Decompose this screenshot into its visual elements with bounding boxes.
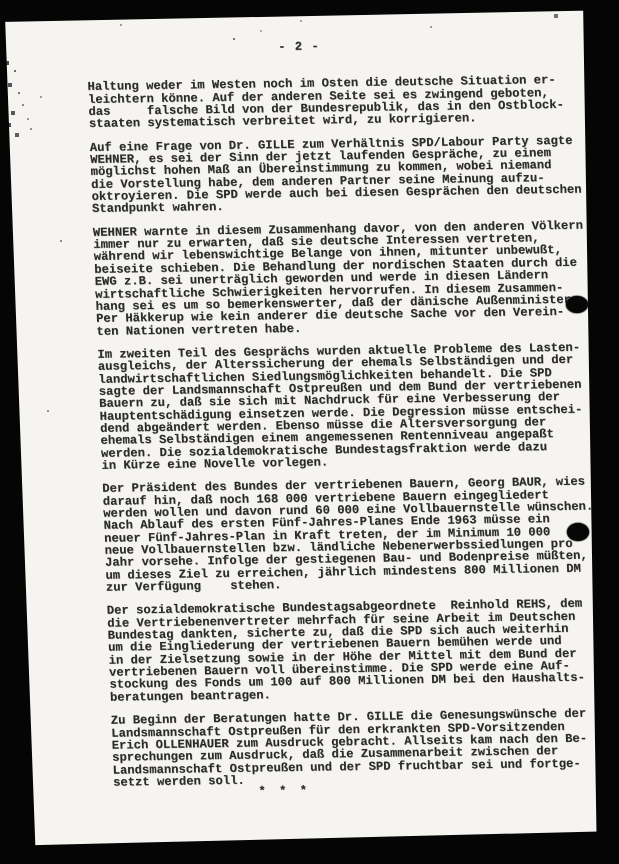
paragraph: Auf eine Frage von Dr. GILLE zum Verhält…	[90, 134, 598, 216]
scanned-document-page: - 2 - Haltung weder im Westen noch im Os…	[0, 0, 619, 864]
paragraph: Im zweiten Teil des Gesprächs wurden akt…	[97, 341, 606, 472]
paragraph: Der Präsident des Bundes der vertriebene…	[102, 476, 611, 595]
paragraph: WEHNER warnte in diesem Zusammenhang dav…	[93, 219, 602, 338]
paragraph: Der sozialdemokratische Bundestagsabgeor…	[107, 598, 616, 704]
document-body: Haltung weder im Westen noch im Osten di…	[87, 74, 618, 789]
page-content: - 2 - Haltung weder im Westen noch im Os…	[86, 37, 619, 801]
paragraph: Zu Beginn der Beratungen hatte Dr. GILLE…	[111, 707, 619, 789]
ink-blot	[567, 523, 589, 541]
paragraph: Haltung weder im Westen noch im Osten di…	[87, 74, 594, 131]
scan-noise	[0, 0, 2, 2]
page-number: - 2 -	[278, 37, 591, 54]
ink-blot	[566, 296, 588, 313]
